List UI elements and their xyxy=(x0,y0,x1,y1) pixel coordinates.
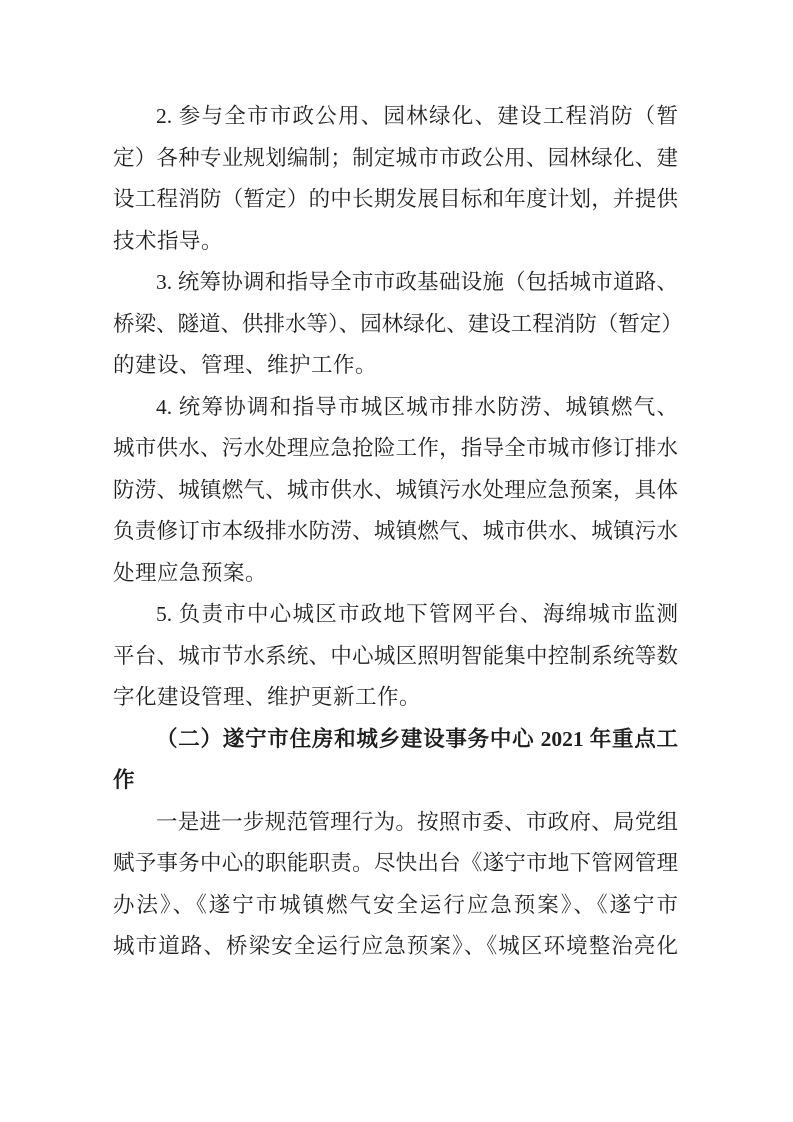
heading-line: （二）遂宁市住房和城乡建设事务中心 2021 年重点工 xyxy=(113,719,678,761)
document-page: 2. 参与全市市政公用、园林绿化、建设工程消防（暂 定）各种专业规划编制；制定城… xyxy=(0,0,793,1122)
paragraph-item-4: 4. 统筹协调和指导市城区城市排水防涝、城镇燃气、 城市供水、污水处理应急抢险工… xyxy=(113,387,678,595)
text-line: 城市道路、桥梁安全运行应急预案》、《城区环境整治亮化 xyxy=(113,926,678,968)
text-line: 赋予事务中心的职能职责。尽快出台《遂宁市地下管网管理 xyxy=(113,843,678,885)
text-line: 技术指导。 xyxy=(113,221,678,263)
text-line: 桥梁、隧道、供排水等）、园林绿化、建设工程消防（暂定） xyxy=(113,304,678,346)
text-line: 处理应急预案。 xyxy=(113,553,678,595)
section-heading: （二）遂宁市住房和城乡建设事务中心 2021 年重点工 作 xyxy=(113,719,678,802)
text-line: 负责修订市本级排水防涝、城镇燃气、城市供水、城镇污水 xyxy=(113,511,678,553)
text-line: 4. 统筹协调和指导市城区城市排水防涝、城镇燃气、 xyxy=(113,387,678,429)
text-line: 一是进一步规范管理行为。按照市委、市政府、局党组 xyxy=(113,802,678,844)
text-line: 5. 负责市中心城区市政地下管网平台、海绵城市监测 xyxy=(113,594,678,636)
text-line: 2. 参与全市市政公用、园林绿化、建设工程消防（暂 xyxy=(113,96,678,138)
text-line: 设工程消防（暂定）的中长期发展目标和年度计划，并提供 xyxy=(113,179,678,221)
text-line: 的建设、管理、维护工作。 xyxy=(113,345,678,387)
paragraph-item-5: 5. 负责市中心城区市政地下管网平台、海绵城市监测 平台、城市节水系统、中心城区… xyxy=(113,594,678,719)
text-line: 定）各种专业规划编制；制定城市市政公用、园林绿化、建 xyxy=(113,138,678,180)
paragraph-item-3: 3. 统筹协调和指导全市市政基础设施（包括城市道路、 桥梁、隧道、供排水等）、园… xyxy=(113,262,678,387)
heading-line: 作 xyxy=(113,760,678,802)
document-body: 2. 参与全市市政公用、园林绿化、建设工程消防（暂 定）各种专业规划编制；制定城… xyxy=(113,96,678,968)
body-paragraph: 一是进一步规范管理行为。按照市委、市政府、局党组 赋予事务中心的职能职责。尽快出… xyxy=(113,802,678,968)
text-line: 防涝、城镇燃气、城市供水、城镇污水处理应急预案，具体 xyxy=(113,470,678,512)
text-line: 办法》、《遂宁市城镇燃气安全运行应急预案》、《遂宁市 xyxy=(113,885,678,927)
text-line: 字化建设管理、维护更新工作。 xyxy=(113,677,678,719)
text-line: 城市供水、污水处理应急抢险工作，指导全市城市修订排水 xyxy=(113,428,678,470)
text-line: 3. 统筹协调和指导全市市政基础设施（包括城市道路、 xyxy=(113,262,678,304)
paragraph-item-2: 2. 参与全市市政公用、园林绿化、建设工程消防（暂 定）各种专业规划编制；制定城… xyxy=(113,96,678,262)
text-line: 平台、城市节水系统、中心城区照明智能集中控制系统等数 xyxy=(113,636,678,678)
